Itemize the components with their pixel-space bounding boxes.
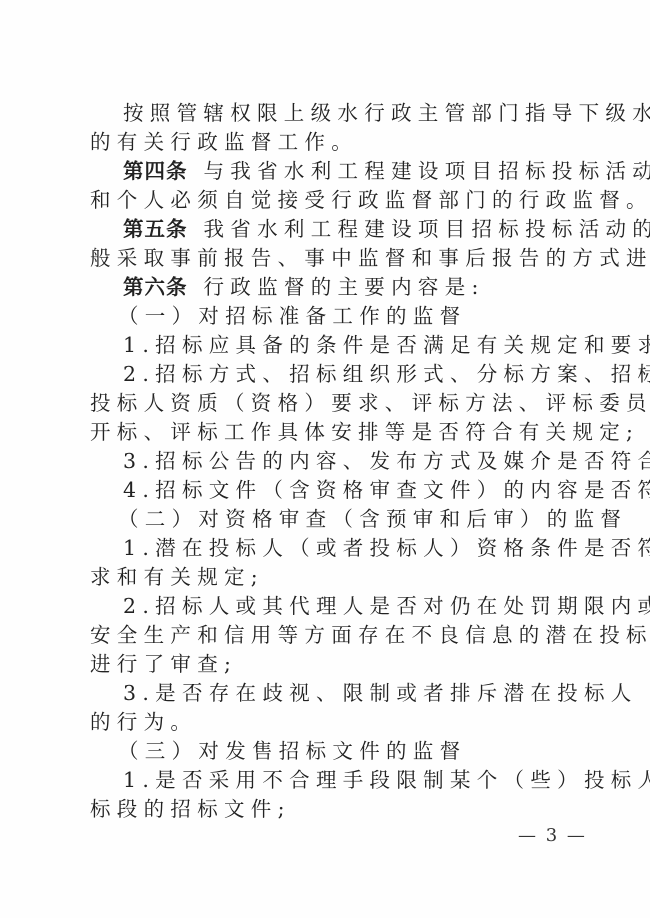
- article-text: 与我省水利工程建设项目招标投标活动有关的单位: [204, 159, 650, 183]
- list-item: 1.是否采用不合理手段限制某个（些）投标人购买某个（些）: [90, 766, 574, 795]
- list-item: 1.招标应具备的条件是否满足有关规定和要求;: [90, 331, 574, 360]
- paragraph-line: 安全生产和信用等方面存在不良信息的潜在投标人（或者投标人）: [90, 621, 574, 650]
- list-item: 2.招标方式、招标组织形式、分标方案、招标计划安排、对: [90, 360, 574, 389]
- paragraph-line: 开标、评标工作具体安排等是否符合有关规定;: [90, 418, 574, 447]
- article-text: 我省水利工程建设项目招标投标活动的行政监督一: [204, 217, 650, 241]
- article-label: 第六条: [123, 275, 188, 299]
- article-5-line: 第五条我省水利工程建设项目招标投标活动的行政监督一: [90, 215, 574, 244]
- list-item: 4.招标文件（含资格审查文件）的内容是否符合有关规定;: [90, 476, 574, 505]
- document-page: 按照管辖权限上级水行政主管部门指导下级水行政主管部门 的有关行政监督工作。 第四…: [0, 0, 650, 918]
- paragraph-line: 般采取事前报告、事中监督和事后报告的方式进行。: [90, 244, 574, 273]
- paragraph-line: 标段的招标文件;: [90, 795, 574, 824]
- list-item: 3.招标公告的内容、发布方式及媒介是否符合有关规定;: [90, 447, 574, 476]
- paragraph-line: 进行了审查;: [90, 650, 574, 679]
- list-item: 3.是否存在歧视、限制或者排斥潜在投标人（或者投标人）: [90, 679, 574, 708]
- section-heading-2: （二）对资格审查（含预审和后审）的监督: [90, 505, 574, 534]
- section-heading-3: （三）对发售招标文件的监督: [90, 737, 574, 766]
- list-item: 2.招标人或其代理人是否对仍在处罚期限内或在工程质量、: [90, 592, 574, 621]
- paragraph-line: 和个人必须自觉接受行政监督部门的行政监督。: [90, 186, 574, 215]
- paragraph-line: 投标人资质（资格）要求、评标方法、评标委员会组建方案以及: [90, 389, 574, 418]
- paragraph-line: 的行为。: [90, 708, 574, 737]
- article-6-line: 第六条行政监督的主要内容是:: [90, 273, 574, 302]
- paragraph-line: 的有关行政监督工作。: [90, 128, 574, 157]
- article-4-line: 第四条与我省水利工程建设项目招标投标活动有关的单位: [90, 157, 574, 186]
- paragraph-line: 求和有关规定;: [90, 563, 574, 592]
- article-label: 第四条: [123, 159, 188, 183]
- section-heading-1: （一）对招标准备工作的监督: [90, 302, 574, 331]
- article-text: 行政监督的主要内容是:: [204, 275, 485, 299]
- paragraph-line: 按照管辖权限上级水行政主管部门指导下级水行政主管部门: [90, 99, 574, 128]
- page-number: — 3 —: [518, 823, 587, 849]
- list-item: 1.潜在投标人（或者投标人）资格条件是否符合招标文件要: [90, 534, 574, 563]
- article-label: 第五条: [123, 217, 188, 241]
- document-body: 按照管辖权限上级水行政主管部门指导下级水行政主管部门 的有关行政监督工作。 第四…: [90, 99, 574, 824]
